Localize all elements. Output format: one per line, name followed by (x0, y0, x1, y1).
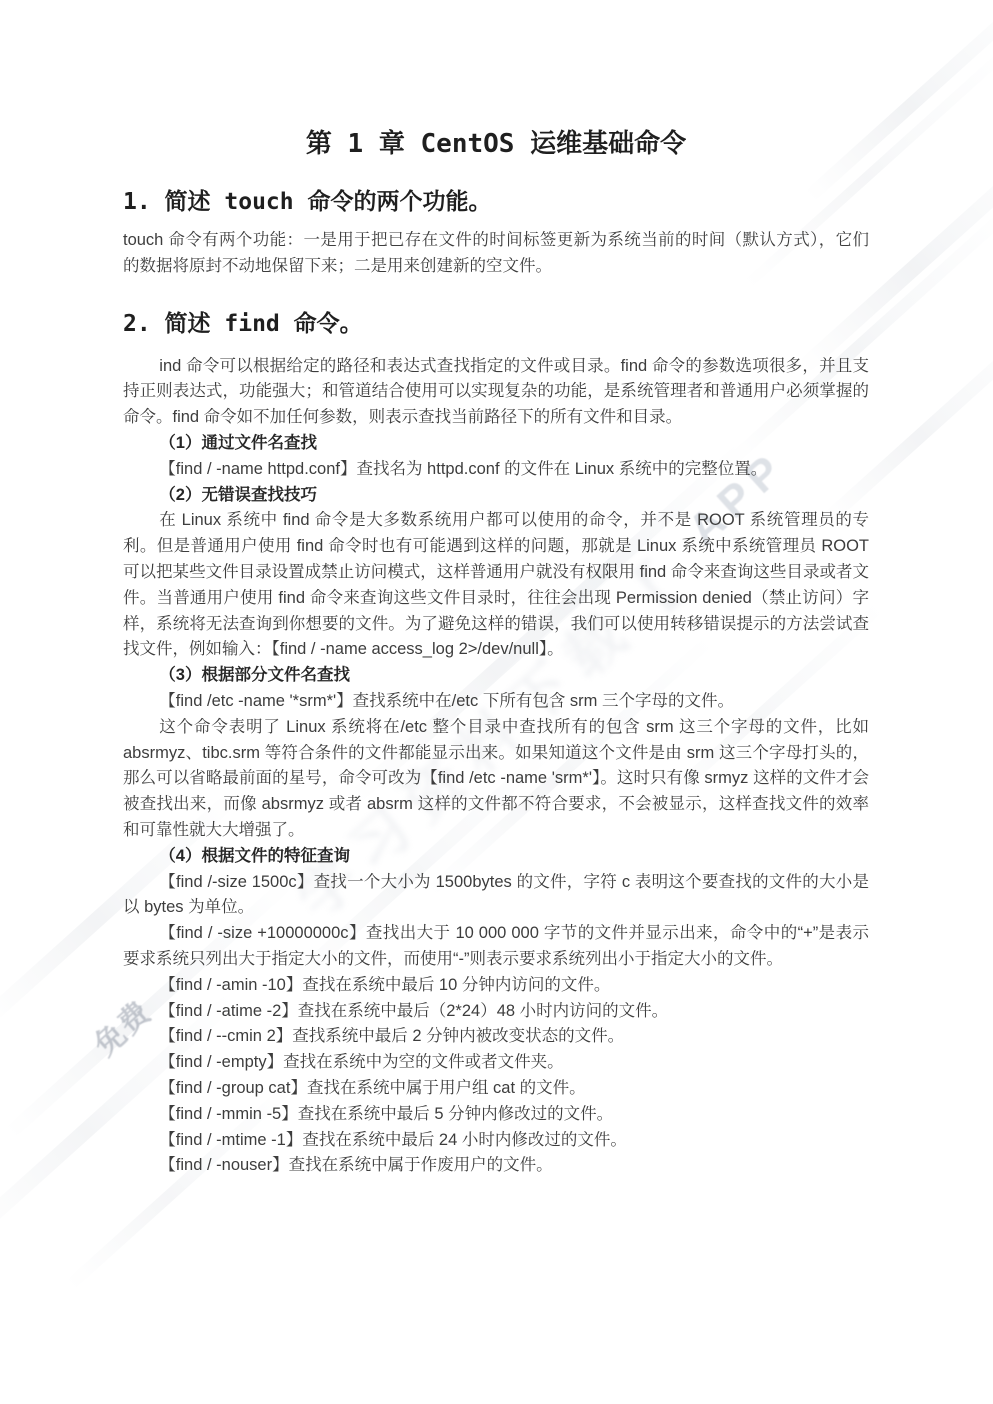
paragraph: 【find / -nouser】查找在系统中属于作废用户的文件。 (123, 1153, 869, 1179)
paragraph: 在 Linux 系统中 find 命令是大多数系统用户都可以使用的命令，并不是 … (123, 508, 869, 663)
paragraph: 【find / -empty】查找在系统中为空的文件或者文件夹。 (123, 1050, 869, 1076)
paragraph: 【find /etc -name '*srm*'】查找系统中在/etc 下所有包… (123, 689, 869, 715)
subheading: （2）无错误查找技巧 (123, 483, 869, 509)
paragraph: ind 命令可以根据给定的路径和表达式查找指定的文件或目录。find 命令的参数… (123, 354, 869, 431)
section-touch: 1. 简述 touch 命令的两个功能。 touch 命令有两个功能：一是用于把… (123, 186, 869, 280)
subheading: （4）根据文件的特征查询 (123, 844, 869, 870)
subheading: （3）根据部分文件名查找 (123, 663, 869, 689)
paragraph: 【find / -name httpd.conf】查找名为 httpd.conf… (123, 457, 869, 483)
section-heading-find: 2. 简述 find 命令。 (123, 308, 869, 340)
paragraph: 【find / -mmin -5】查找在系统中最后 5 分钟内修改过的文件。 (123, 1102, 869, 1128)
document-page: 学习资料下载【 APP 免费 第 1 章 CentOS 运维基础命令 1. 简述… (0, 0, 993, 1404)
paragraph: 【find / -amin -10】查找在系统中最后 10 分钟内访问的文件。 (123, 973, 869, 999)
paragraph: 【find / -mtime -1】查找在系统中最后 24 小时内修改过的文件。 (123, 1128, 869, 1154)
subheading: （1）通过文件名查找 (123, 431, 869, 457)
section-heading-touch: 1. 简述 touch 命令的两个功能。 (123, 186, 869, 218)
document-content: 第 1 章 CentOS 运维基础命令 1. 简述 touch 命令的两个功能。… (0, 0, 993, 1179)
chapter-title: 第 1 章 CentOS 运维基础命令 (123, 126, 869, 162)
section-body: ind 命令可以根据给定的路径和表达式查找指定的文件或目录。find 命令的参数… (123, 354, 869, 1180)
paragraph: 【find / -size +10000000c】查找出大于 10 000 00… (123, 921, 869, 973)
paragraph: 【find / -group cat】查找在系统中属于用户组 cat 的文件。 (123, 1076, 869, 1102)
paragraph: 【find /-size 1500c】查找一个大小为 1500bytes 的文件… (123, 870, 869, 922)
paragraph: touch 命令有两个功能：一是用于把已存在文件的时间标签更新为系统当前的时间（… (123, 228, 869, 280)
section-find: 2. 简述 find 命令。 ind 命令可以根据给定的路径和表达式查找指定的文… (123, 308, 869, 1180)
paragraph: 【find / --cmin 2】查找系统中最后 2 分钟内被改变状态的文件。 (123, 1024, 869, 1050)
paragraph: 【find / -atime -2】查找在系统中最后（2*24）48 小时内访问… (123, 999, 869, 1025)
section-body: touch 命令有两个功能：一是用于把已存在文件的时间标签更新为系统当前的时间（… (123, 228, 869, 280)
paragraph: 这个命令表明了 Linux 系统将在/etc 整个目录中查找所有的包含 srm … (123, 715, 869, 844)
